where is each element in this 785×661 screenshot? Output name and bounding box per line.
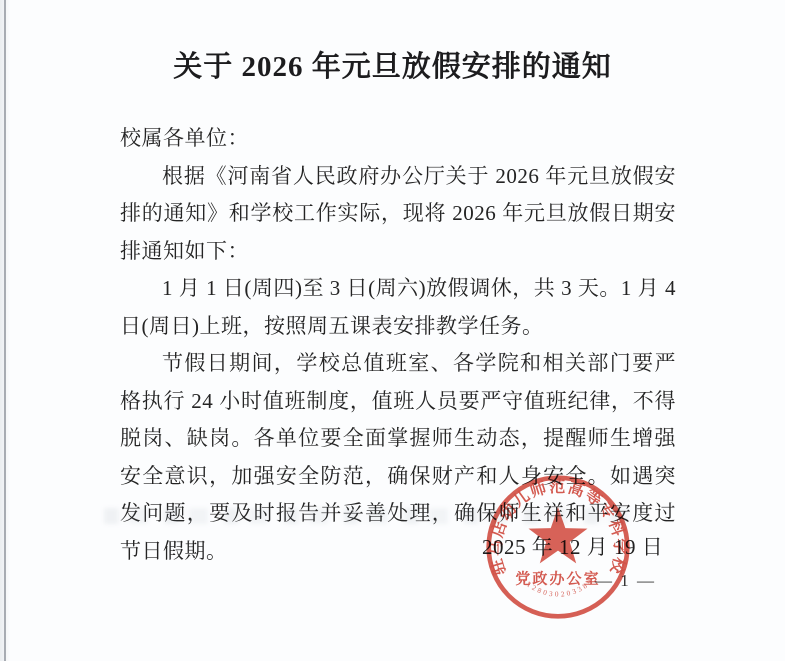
scan-edge-line xyxy=(4,0,6,661)
paragraph-holiday-dates: 1 月 1 日(周四)至 3 日(周六)放假调休，共 3 天。1 月 4 日(周… xyxy=(120,270,676,345)
seal-star-icon xyxy=(529,507,588,563)
salutation: 校属各单位： xyxy=(120,120,676,158)
official-seal: 驻马店幼儿师范高等专科学校 党政办公室 4128030203389 xyxy=(483,472,633,622)
paragraph-basis: 根据《河南省人民政府办公厅关于 2026 年元旦放假安排的通知》和学校工作实际，… xyxy=(120,158,676,271)
scanned-notice-page: 关于 2026 年元旦放假安排的通知 校属各单位： 根据《河南省人民政府办公厅关… xyxy=(0,0,785,661)
document-title: 关于 2026 年元旦放假安排的通知 xyxy=(0,44,785,85)
